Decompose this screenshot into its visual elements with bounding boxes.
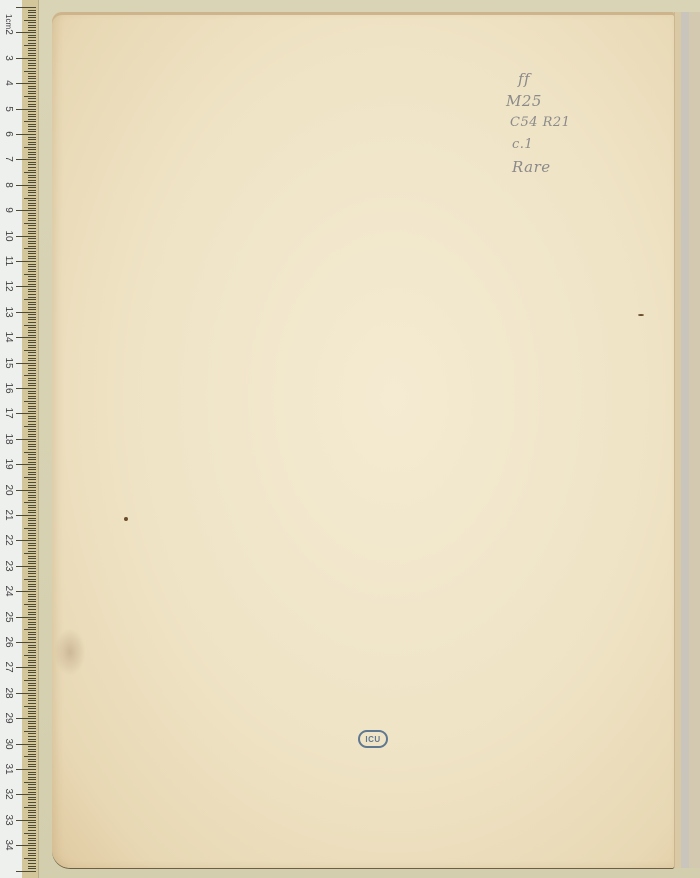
ruler-tick bbox=[28, 485, 36, 486]
ruler-tick bbox=[28, 589, 36, 590]
ruler-tick bbox=[16, 464, 36, 465]
ruler-tick bbox=[28, 721, 36, 722]
ruler-tick bbox=[28, 215, 36, 216]
ruler-tick bbox=[24, 477, 36, 478]
ruler-number: 25 bbox=[1, 610, 15, 624]
ruler-tick bbox=[28, 167, 36, 168]
ruler-tick bbox=[28, 675, 36, 676]
ruler-tick bbox=[28, 60, 36, 61]
ruler-tick bbox=[28, 50, 36, 51]
ruler-tick bbox=[16, 439, 36, 440]
ruler-tick bbox=[24, 45, 36, 46]
ruler-tick bbox=[24, 629, 36, 630]
ruler-tick bbox=[28, 297, 36, 298]
ruler-tick bbox=[28, 91, 36, 92]
ruler-number: 19 bbox=[1, 457, 15, 471]
ruler-tick bbox=[16, 236, 36, 237]
ruler-tick bbox=[28, 817, 36, 818]
ruler-number: 13 bbox=[1, 305, 15, 319]
ruler-tick bbox=[28, 332, 36, 333]
handwritten-call-number: ff M25 C54 R21 c.1 Rare bbox=[506, 68, 606, 178]
ruler-tick bbox=[28, 43, 36, 44]
ruler-tick bbox=[28, 48, 36, 49]
ruler-tick bbox=[28, 342, 36, 343]
ruler-tick bbox=[28, 446, 36, 447]
ruler-tick bbox=[16, 32, 36, 33]
ruler-tick bbox=[28, 538, 36, 539]
ruler-tick bbox=[28, 12, 36, 13]
ruler-tick bbox=[28, 78, 36, 79]
ruler-tick bbox=[28, 810, 36, 811]
ruler-tick bbox=[16, 667, 36, 668]
ruler-tick bbox=[24, 325, 36, 326]
ruler-number: 9 bbox=[1, 203, 15, 217]
ruler-tick bbox=[16, 820, 36, 821]
ruler-tick bbox=[28, 139, 36, 140]
ruler-tick bbox=[28, 835, 36, 836]
ruler-tick bbox=[28, 728, 36, 729]
ruler-tick bbox=[28, 700, 36, 701]
ruler-tick bbox=[28, 175, 36, 176]
ruler-tick bbox=[28, 535, 36, 536]
ruler-number: 12 bbox=[1, 279, 15, 293]
ruler-tick bbox=[28, 787, 36, 788]
ruler-tick bbox=[28, 660, 36, 661]
ruler-tick bbox=[28, 619, 36, 620]
ruler-tick bbox=[28, 86, 36, 87]
ruler-tick bbox=[28, 741, 36, 742]
ruler-tick bbox=[28, 754, 36, 755]
ruler-tick bbox=[28, 581, 36, 582]
ruler-tick bbox=[28, 81, 36, 82]
ruler-tick bbox=[28, 774, 36, 775]
ruler-tick bbox=[28, 645, 36, 646]
ruler-tick bbox=[24, 807, 36, 808]
ruler-tick bbox=[28, 812, 36, 813]
ruler-tick bbox=[16, 210, 36, 211]
ruler-tick bbox=[28, 568, 36, 569]
ruler-tick bbox=[28, 525, 36, 526]
ruler-tick bbox=[28, 815, 36, 816]
ruler-tick bbox=[28, 294, 36, 295]
ruler-tick bbox=[28, 203, 36, 204]
ruler-tick bbox=[28, 495, 36, 496]
ruler-tick bbox=[28, 408, 36, 409]
ruler-tick bbox=[28, 352, 36, 353]
ruler-number: 34 bbox=[1, 838, 15, 852]
ruler-tick bbox=[28, 457, 36, 458]
ruler-number: 22 bbox=[1, 533, 15, 547]
ruler-number: 6 bbox=[1, 127, 15, 141]
ruler-tick bbox=[24, 502, 36, 503]
ruler-tick bbox=[28, 88, 36, 89]
ruler-tick bbox=[28, 441, 36, 442]
ruler-tick bbox=[24, 20, 36, 21]
ruler-tick bbox=[28, 276, 36, 277]
ruler-tick bbox=[28, 380, 36, 381]
ruler-tick bbox=[28, 599, 36, 600]
ruler-tick bbox=[28, 93, 36, 94]
ruler-tick bbox=[28, 228, 36, 229]
ruler-tick bbox=[16, 134, 36, 135]
ruler-tick bbox=[24, 121, 36, 122]
ruler-tick bbox=[28, 73, 36, 74]
ruler-tick bbox=[28, 152, 36, 153]
ruler-number: 16 bbox=[1, 381, 15, 395]
ruler-tick bbox=[28, 759, 36, 760]
ruler-tick bbox=[28, 434, 36, 435]
ruler-tick bbox=[28, 35, 36, 36]
ruler-number: 29 bbox=[1, 711, 15, 725]
ruler-tick bbox=[28, 180, 36, 181]
ruler-tick bbox=[24, 528, 36, 529]
ruler-number: 7 bbox=[1, 152, 15, 166]
ruler-tick bbox=[28, 612, 36, 613]
ruler-tick bbox=[28, 683, 36, 684]
ruler-tick bbox=[24, 604, 36, 605]
ruler-tick bbox=[16, 337, 36, 338]
ruler-tick bbox=[16, 58, 36, 59]
ruler-tick bbox=[28, 838, 36, 839]
ruler-tick bbox=[28, 634, 36, 635]
ruler-tick bbox=[24, 248, 36, 249]
ruler-tick bbox=[28, 523, 36, 524]
ruler-tick bbox=[28, 622, 36, 623]
ruler-tick bbox=[28, 393, 36, 394]
ruler-tick bbox=[28, 586, 36, 587]
ruler-tick bbox=[28, 797, 36, 798]
ruler-tick bbox=[28, 662, 36, 663]
ruler-tick bbox=[24, 375, 36, 376]
ruler-tick bbox=[16, 769, 36, 770]
ruler-tick bbox=[28, 360, 36, 361]
ruler-tick bbox=[28, 556, 36, 557]
ruler-number: 31 bbox=[1, 762, 15, 776]
ruler-tick bbox=[24, 579, 36, 580]
ruler-tick bbox=[24, 147, 36, 148]
ruler-number: 18 bbox=[1, 432, 15, 446]
ruler-tick bbox=[28, 164, 36, 165]
ruler-tick bbox=[28, 238, 36, 239]
ruler-tick bbox=[28, 53, 36, 54]
ruler-tick bbox=[28, 279, 36, 280]
ruler-tick bbox=[28, 190, 36, 191]
ruler-tick bbox=[28, 632, 36, 633]
ruler-tick bbox=[28, 594, 36, 595]
ruler-number: 30 bbox=[1, 737, 15, 751]
ruler-tick bbox=[28, 799, 36, 800]
ruler-tick bbox=[28, 358, 36, 359]
ruler-tick bbox=[28, 561, 36, 562]
ruler-number: 5 bbox=[1, 102, 15, 116]
ruler-number: 10 bbox=[1, 229, 15, 243]
ruler-tick bbox=[24, 71, 36, 72]
ruler-tick bbox=[28, 739, 36, 740]
ruler-tick bbox=[28, 314, 36, 315]
ruler-tick bbox=[28, 563, 36, 564]
ruler-tick bbox=[28, 241, 36, 242]
ruler-tick bbox=[28, 391, 36, 392]
ruler-tick bbox=[28, 195, 36, 196]
ruler-tick bbox=[28, 827, 36, 828]
ruler-tick bbox=[28, 345, 36, 346]
ruler-tick bbox=[28, 487, 36, 488]
ruler-tick bbox=[28, 55, 36, 56]
ruler-tick bbox=[28, 418, 36, 419]
ruler-tick bbox=[28, 474, 36, 475]
ruler-tick bbox=[28, 462, 36, 463]
ruler-tick bbox=[24, 299, 36, 300]
ruler-tick bbox=[28, 606, 36, 607]
ruler-tick bbox=[28, 416, 36, 417]
ruler-tick bbox=[28, 213, 36, 214]
ruler-tick bbox=[16, 159, 36, 160]
ruler-number: 32 bbox=[1, 787, 15, 801]
ruler-tick bbox=[28, 751, 36, 752]
ruler-tick bbox=[28, 482, 36, 483]
ruler-tick bbox=[28, 205, 36, 206]
ruler-tick bbox=[28, 291, 36, 292]
ruler-tick bbox=[16, 490, 36, 491]
ruler-tick bbox=[28, 124, 36, 125]
ruler-number: 26 bbox=[1, 635, 15, 649]
ruler-number: 20 bbox=[1, 483, 15, 497]
ruler-tick bbox=[28, 764, 36, 765]
ruler-tick bbox=[24, 426, 36, 427]
ruler-tick bbox=[24, 96, 36, 97]
ruler-tick bbox=[28, 733, 36, 734]
ruler-tick bbox=[28, 231, 36, 232]
ruler-tick bbox=[28, 269, 36, 270]
ruler-tick bbox=[28, 256, 36, 257]
ruler-tick bbox=[28, 137, 36, 138]
ruler-number: 33 bbox=[1, 813, 15, 827]
ruler-tick bbox=[28, 142, 36, 143]
note-line: C54 R21 bbox=[506, 112, 606, 134]
ruler-tick bbox=[28, 584, 36, 585]
ruler-tick bbox=[24, 274, 36, 275]
ruler-tick bbox=[16, 794, 36, 795]
ruler-tick bbox=[28, 777, 36, 778]
ruler-tick bbox=[28, 429, 36, 430]
ruler-tick bbox=[24, 858, 36, 859]
ruler-tick bbox=[28, 609, 36, 610]
ruler-tick bbox=[28, 63, 36, 64]
ruler-tick bbox=[28, 370, 36, 371]
ruler-tick bbox=[24, 452, 36, 453]
ink-spot bbox=[124, 517, 128, 521]
ruler-tick bbox=[16, 7, 36, 8]
ruler-tick bbox=[28, 723, 36, 724]
ruler-tick bbox=[28, 251, 36, 252]
ruler-tick bbox=[28, 116, 36, 117]
ruler-tick bbox=[28, 104, 36, 105]
ruler-tick bbox=[28, 309, 36, 310]
ruler-tick bbox=[28, 749, 36, 750]
ruler-tick bbox=[28, 772, 36, 773]
ruler-tick bbox=[28, 746, 36, 747]
ruler-tick bbox=[28, 497, 36, 498]
ruler-tick bbox=[28, 825, 36, 826]
ruler-tick bbox=[28, 144, 36, 145]
ruler-tick bbox=[16, 871, 36, 872]
ruler-tick bbox=[28, 624, 36, 625]
ruler-tick bbox=[28, 111, 36, 112]
ruler-tick bbox=[24, 782, 36, 783]
ruler-tick bbox=[28, 510, 36, 511]
ruler-number: 8 bbox=[1, 178, 15, 192]
ruler-tick bbox=[28, 322, 36, 323]
ruler-number: 17 bbox=[1, 406, 15, 420]
ruler-number: 24 bbox=[1, 584, 15, 598]
ruler-tick bbox=[28, 507, 36, 508]
note-line: M25 bbox=[506, 90, 606, 112]
ruler-tick bbox=[28, 330, 36, 331]
ruler-tick bbox=[28, 551, 36, 552]
ruler-tick bbox=[16, 566, 36, 567]
ruler-tick bbox=[28, 37, 36, 38]
ruler-tick bbox=[28, 558, 36, 559]
ruler-tick bbox=[16, 515, 36, 516]
ruler-tick bbox=[28, 365, 36, 366]
ruler-tick bbox=[16, 388, 36, 389]
ruler-tick bbox=[28, 101, 36, 102]
ruler-tick bbox=[28, 601, 36, 602]
ruler-tick bbox=[28, 30, 36, 31]
ruler-tick bbox=[28, 467, 36, 468]
ruler-tick bbox=[28, 187, 36, 188]
ruler-tick bbox=[28, 10, 36, 11]
ruler-tick bbox=[28, 317, 36, 318]
ruler-tick bbox=[28, 657, 36, 658]
ruler-number: 2 bbox=[1, 25, 15, 39]
ruler-tick bbox=[28, 114, 36, 115]
ruler-number: 11 bbox=[1, 254, 15, 268]
ruler-tick bbox=[28, 378, 36, 379]
ruler-tick bbox=[24, 401, 36, 402]
ruler-tick bbox=[28, 373, 36, 374]
note-line: ff bbox=[506, 68, 606, 90]
ruler-tick bbox=[28, 454, 36, 455]
ruler-tick bbox=[28, 688, 36, 689]
ruler-tick bbox=[28, 840, 36, 841]
ruler-tick bbox=[28, 98, 36, 99]
ruler-tick bbox=[28, 307, 36, 308]
ruler-tick bbox=[28, 22, 36, 23]
ruler-tick bbox=[28, 518, 36, 519]
ruler-tick bbox=[28, 736, 36, 737]
ruler-tick bbox=[16, 617, 36, 618]
ruler-tick bbox=[28, 853, 36, 854]
ruler-tick bbox=[28, 327, 36, 328]
ruler-tick bbox=[28, 652, 36, 653]
ruler-tick bbox=[28, 162, 36, 163]
ruler-tick bbox=[24, 223, 36, 224]
ruler-tick bbox=[28, 271, 36, 272]
ruler-tick bbox=[16, 286, 36, 287]
ruler-tick bbox=[28, 233, 36, 234]
ruler-tick bbox=[28, 614, 36, 615]
binding-edge bbox=[674, 12, 700, 868]
ruler-tick bbox=[16, 693, 36, 694]
ruler-tick bbox=[28, 170, 36, 171]
ruler-tick bbox=[28, 403, 36, 404]
ruler-tick bbox=[28, 25, 36, 26]
ruler-tick bbox=[28, 444, 36, 445]
ruler-tick bbox=[28, 281, 36, 282]
ruler-tick bbox=[28, 520, 36, 521]
ruler-tick bbox=[28, 304, 36, 305]
ruler-tick bbox=[16, 109, 36, 110]
ruler-tick bbox=[16, 591, 36, 592]
ruler-tick bbox=[16, 185, 36, 186]
ruler-tick bbox=[28, 726, 36, 727]
ruler-tick bbox=[28, 65, 36, 66]
ruler-tick bbox=[28, 639, 36, 640]
ruler-tick bbox=[28, 716, 36, 717]
ruler-tick bbox=[28, 647, 36, 648]
ruler-tick bbox=[28, 129, 36, 130]
ruler-tick bbox=[28, 650, 36, 651]
ruler-tick bbox=[24, 198, 36, 199]
ruler-tick bbox=[28, 40, 36, 41]
ruler-tick bbox=[28, 670, 36, 671]
ruler-tick bbox=[28, 792, 36, 793]
ruler-tick bbox=[28, 713, 36, 714]
ruler-tick bbox=[28, 596, 36, 597]
ruler-tick bbox=[28, 708, 36, 709]
foxing-stain bbox=[54, 628, 86, 676]
ruler-tick bbox=[28, 220, 36, 221]
ruler-tick bbox=[28, 27, 36, 28]
ruler-tick bbox=[28, 436, 36, 437]
ruler-tick bbox=[28, 637, 36, 638]
ruler-tick bbox=[28, 398, 36, 399]
ruler-tick bbox=[28, 368, 36, 369]
ruler-tick bbox=[28, 131, 36, 132]
ruler-tick bbox=[28, 866, 36, 867]
ruler-number: 15 bbox=[1, 356, 15, 370]
ruler-tick bbox=[24, 553, 36, 554]
ruler-tick bbox=[28, 17, 36, 18]
ruler-tick bbox=[28, 848, 36, 849]
ruler-tick bbox=[28, 711, 36, 712]
ruler-tick bbox=[28, 347, 36, 348]
ruler-tick bbox=[28, 766, 36, 767]
ruler-tick bbox=[28, 289, 36, 290]
ruler-tick bbox=[28, 385, 36, 386]
ruler-tick bbox=[28, 411, 36, 412]
ruler-tick bbox=[28, 406, 36, 407]
ruler-tick bbox=[28, 383, 36, 384]
ruler-tick bbox=[28, 789, 36, 790]
measuring-ruler: 1cm 234567891011121314151617181920212223… bbox=[0, 0, 39, 878]
ruler-tick bbox=[28, 469, 36, 470]
ruler-tick bbox=[28, 246, 36, 247]
ruler-tick bbox=[24, 731, 36, 732]
ruler-number: 14 bbox=[1, 330, 15, 344]
ruler-tick bbox=[28, 533, 36, 534]
ruler-tick bbox=[16, 312, 36, 313]
ruler-tick bbox=[24, 756, 36, 757]
ruler-tick bbox=[28, 319, 36, 320]
ruler-tick bbox=[28, 266, 36, 267]
ruler-tick bbox=[28, 678, 36, 679]
ruler-tick bbox=[28, 126, 36, 127]
ruler-tick bbox=[28, 822, 36, 823]
ruler-tick bbox=[28, 157, 36, 158]
ruler-tick bbox=[28, 208, 36, 209]
